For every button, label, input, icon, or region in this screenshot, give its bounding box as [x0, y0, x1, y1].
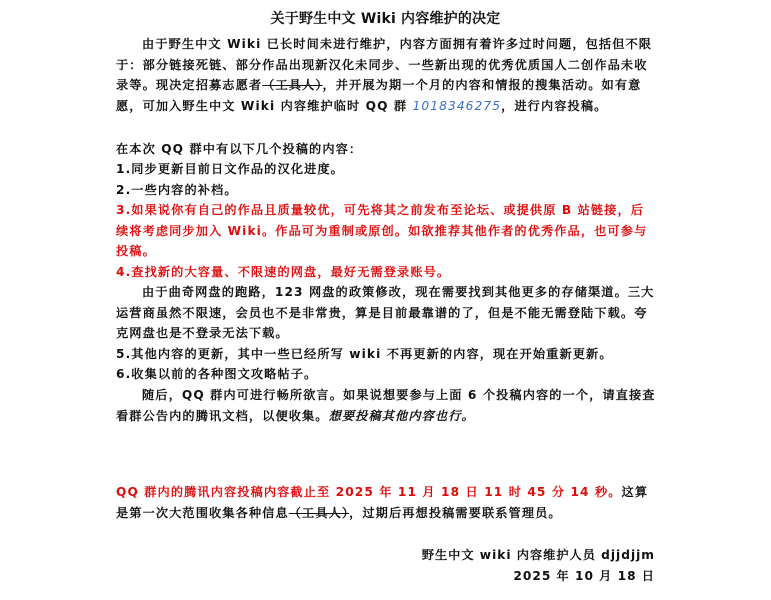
signature-date: 2025 年 10 月 18 日 [513, 566, 655, 587]
list-item-3: 3.如果说你有自己的作品且质量较优，可先将其之前发布至论坛、或提供原 B 站链接… [116, 200, 656, 262]
list-item-2: 2.一些内容的补档。 [116, 180, 656, 201]
list-item-6: 6.收集以前的各种图文攻略帖子。 [116, 364, 656, 385]
document-title: 关于野生中文 Wiki 内容维护的决定 [0, 8, 771, 28]
signature-author: 野生中文 wiki 内容维护人员 djjdjjm [422, 545, 655, 566]
deadline-strikethrough: （工具人） [289, 506, 349, 520]
deadline-text-2: ，过期后再想投稿需要联系管理员。 [349, 506, 562, 520]
intro-text-3: ，进行内容投稿。 [501, 99, 607, 113]
document-page: 关于野生中文 Wiki 内容维护的决定 由于野生中文 Wiki 已长时间未进行维… [0, 0, 771, 600]
closing-paragraph: 随后，QQ 群内可进行畅所欲言。如果说想要参与上面 6 个投稿内容的一个，请直接… [116, 385, 656, 426]
intro-strikethrough: （工具人） [262, 78, 322, 92]
list-item-1: 1.同步更新目前日文作品的汉化进度。 [116, 159, 656, 180]
list-item-4: 4.查找新的大容量、不限速的网盘，最好无需登录账号。 [116, 262, 656, 283]
closing-italic-text: 想要投稿其他内容也行。 [329, 409, 475, 423]
item-4-note: 由于曲奇网盘的跑路，123 网盘的政策修改，现在需要找到其他更多的存储渠道。三大… [116, 282, 656, 344]
deadline-red-text: QQ 群内的腾讯内容投稿内容截止至 2025 年 11 月 18 日 11 时 … [116, 485, 622, 499]
deadline-paragraph: QQ 群内的腾讯内容投稿内容截止至 2025 年 11 月 18 日 11 时 … [116, 482, 656, 523]
list-heading: 在本次 QQ 群中有以下几个投稿的内容： [116, 139, 656, 160]
list-item-5: 5.其他内容的更新，其中一些已经所写 wiki 不再更新的内容，现在开始重新更新… [116, 344, 656, 365]
intro-paragraph: 由于野生中文 Wiki 已长时间未进行维护，内容方面拥有着许多过时问题，包括但不… [116, 34, 656, 116]
qq-group-number[interactable]: 1018346275 [413, 99, 502, 113]
